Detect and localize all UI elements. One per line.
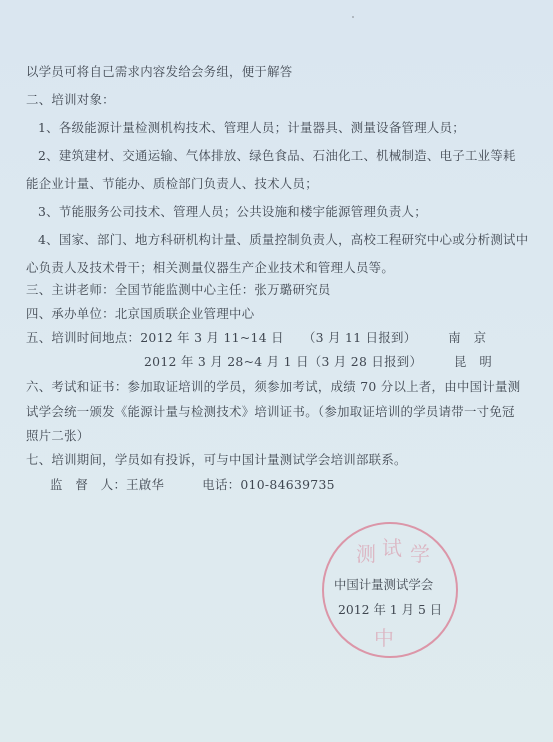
supervisor-contact: 监 督 人：王啟华 电话：010-84639735 xyxy=(50,477,335,493)
section-7-complaints: 七、培训期间，学员如有投诉，可与中国计量测试学会培训部联系。 xyxy=(26,452,407,468)
section-6-exam-cont-2: 照片二张） xyxy=(26,428,89,444)
target-item-1: 1、各级能源计量检测机构技术、管理人员；计量器具、测量设备管理人员； xyxy=(38,120,465,136)
target-item-2-cont: 能企业计量、节能办、质检部门负责人、技术人员； xyxy=(26,176,318,192)
seal-glyph: 学 xyxy=(410,538,430,567)
signature-organization: 中国计量测试学会 xyxy=(334,575,433,593)
doc-line-1: 以学员可将自己需求内容发给会务组，便于解答 xyxy=(26,64,293,80)
seal-glyph: 中 xyxy=(374,622,394,651)
section-4-organizer: 四、承办单位：北京国质联企业管理中心 xyxy=(26,306,254,322)
signature-date: 2012 年 1 月 5 日 xyxy=(338,600,442,618)
document-page: 以学员可将自己需求内容发给会务组，便于解答 二、培训对象： 1、各级能源计量检测… xyxy=(0,0,553,742)
seal-glyph: 试 xyxy=(382,532,402,561)
scan-speck xyxy=(352,16,354,18)
target-item-3: 3、节能服务公司技术、管理人员；公共设施和楼宇能源管理负责人； xyxy=(38,204,427,220)
target-item-4-cont: 心负责人及技术骨干；相关测量仪器生产企业技术和管理人员等。 xyxy=(26,260,394,276)
section-3-lecturer: 三、主讲老师：全国节能监测中心主任：张万璐研究员 xyxy=(26,282,331,298)
seal-glyph: 测 xyxy=(356,538,376,567)
target-item-2: 2、建筑建材、交通运输、气体排放、绿色食品、石油化工、机械制造、电子工业等耗 xyxy=(38,148,516,164)
section-5-schedule: 五、培训时间地点：2012 年 3 月 11~14 日 （3 月 11 日报到）… xyxy=(26,330,486,346)
section-6-exam-cont: 试学会统一颁发《能源计量与检测技术》培训证书。（参加取证培训的学员请带一寸免冠 xyxy=(26,404,515,420)
target-item-4: 4、国家、部门、地方科研机构计量、质量控制负责人，高校工程研究中心或分析测试中 xyxy=(38,232,528,248)
section-5-schedule-2: 2012 年 3 月 28~4 月 1 日（3 月 28 日报到） 昆 明 xyxy=(144,354,492,370)
section-2-heading: 二、培训对象： xyxy=(26,92,115,108)
section-6-exam: 六、考试和证书：参加取证培训的学员，须参加考试，成绩 70 分以上者，由中国计量… xyxy=(26,379,520,395)
